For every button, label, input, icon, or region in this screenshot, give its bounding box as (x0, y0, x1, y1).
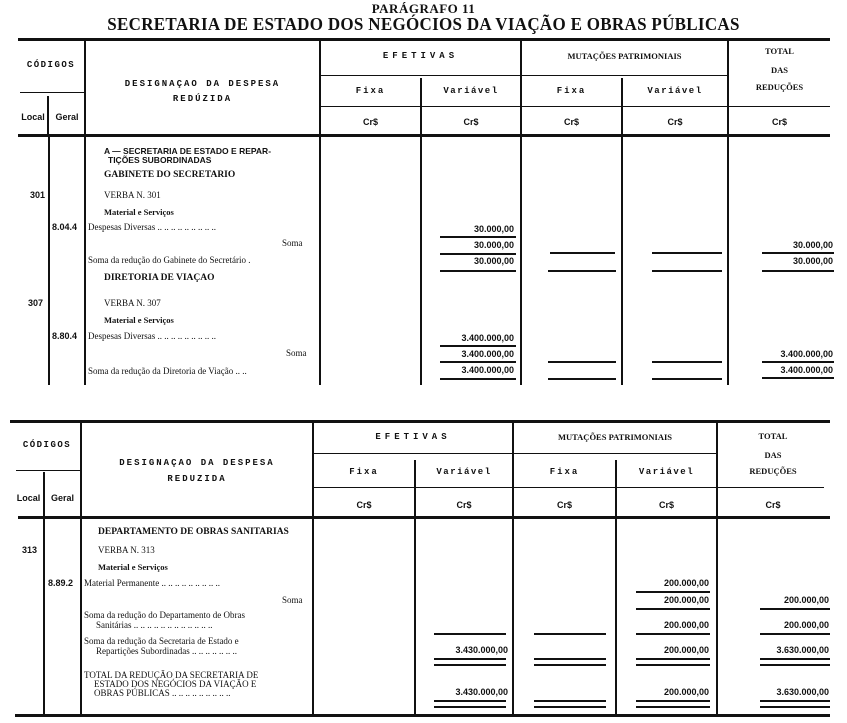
col-rule (43, 519, 45, 714)
sum-rule (760, 608, 830, 610)
soma-secretaria-l2: Repartições Subordinadas .. .. .. .. .. … (96, 646, 237, 656)
value-cell: 200.000,00 (617, 645, 709, 655)
local-header: Local (14, 493, 43, 503)
material-servicos-label: Material e Serviços (104, 207, 174, 217)
sum-rule (440, 253, 516, 255)
sum-rule (434, 664, 506, 666)
header-rule (314, 453, 716, 454)
soma-label: Soma (282, 595, 303, 605)
expense-line: Material Permanente .. .. .. .. .. .. ..… (84, 578, 220, 588)
sum-rule (534, 706, 606, 708)
total-header-l3: REDUÇÕES (718, 466, 828, 476)
mutacoes-fixa-header: Fixa (522, 86, 621, 96)
value-cell: 200.000,00 (617, 620, 709, 630)
header-rule (321, 75, 727, 76)
expense-line: Despesas Diversas .. .. .. .. .. .. .. .… (88, 222, 216, 232)
departamento-title: DEPARTAMENTO DE OBRAS SANITARIAS (98, 527, 289, 537)
sum-rule (434, 706, 506, 708)
material-servicos-label: Material e Serviços (98, 562, 168, 572)
soma-diretoria-label: Soma da redução da Diretoria de Viação .… (88, 366, 247, 376)
sum-rule (652, 252, 722, 254)
section-a-title-l2: TIÇÕES SUBORDINADAS (108, 155, 211, 165)
efetivas-header: EFETIVAS (314, 432, 512, 442)
sum-rule (762, 377, 834, 379)
header-bottom-rule (18, 516, 830, 519)
sum-rule (534, 664, 606, 666)
sum-rule (652, 361, 722, 363)
material-servicos-label: Material e Serviços (104, 315, 174, 325)
col-rule (48, 137, 50, 385)
efetivas-fixa-header: Fixa (314, 467, 414, 477)
soma-departamento-l1: Soma da redução do Departamento de Obras (84, 610, 245, 620)
geral-code: 8.80.4 (52, 331, 77, 341)
col-rule (312, 422, 314, 714)
efetivas-header: EFETIVAS (321, 51, 520, 61)
local-code: 313 (22, 545, 37, 555)
mutacoes-header: MUTAÇÕES PATRIMONIAIS (522, 51, 727, 61)
sum-rule (548, 378, 616, 380)
local-header: Local (18, 112, 48, 122)
soma-departamento-l2: Sanitárias .. .. .. .. .. .. .. .. .. ..… (96, 620, 213, 630)
soma-label: Soma (282, 238, 303, 248)
table-top-rule (18, 38, 830, 41)
sum-rule (760, 700, 830, 702)
sum-rule (440, 345, 516, 347)
total-header-l1: TOTAL (718, 431, 828, 441)
sum-rule (762, 270, 834, 272)
sum-rule (636, 664, 710, 666)
sum-rule (548, 361, 616, 363)
header-rule (20, 92, 84, 93)
soma-gabinete-label: Soma da redução do Gabinete do Secretári… (88, 255, 250, 265)
value-cell: 200.000,00 (617, 578, 709, 588)
geral-header: Geral (50, 112, 84, 122)
expense-line: Despesas Diversas .. .. .. .. .. .. .. .… (88, 331, 216, 341)
currency-label: Cr$ (623, 117, 727, 127)
page-title: SECRETARIA DE ESTADO DOS NEGÓCIOS DA VIA… (0, 15, 847, 36)
sum-rule (440, 236, 516, 238)
efetivas-variavel-header: Variável (416, 467, 512, 477)
col-rule (512, 422, 514, 714)
soma-secretaria-l1: Soma da redução da Secretaria de Estado … (84, 636, 239, 646)
local-code: 301 (30, 190, 45, 200)
header-bottom-rule (18, 134, 830, 137)
value-cell: 3.400.000,00 (729, 349, 833, 359)
sum-rule (440, 270, 516, 272)
sum-rule (434, 700, 506, 702)
sum-rule (760, 664, 830, 666)
currency-label: Cr$ (314, 500, 414, 510)
sum-rule (636, 633, 710, 635)
value-cell: 30.000,00 (729, 240, 833, 250)
designacao-header-l1: DESIGNAÇAO DA DESPESA (86, 79, 319, 89)
value-cell: 200.000,00 (617, 595, 709, 605)
value-cell: 30.000,00 (729, 256, 833, 266)
soma-label: Soma (286, 348, 307, 358)
currency-label: Cr$ (422, 117, 520, 127)
sum-rule (652, 270, 722, 272)
value-cell: 30.000,00 (422, 256, 514, 266)
sum-rule (636, 591, 710, 593)
verba-label: VERBA N. 301 (104, 190, 161, 200)
mutacoes-variavel-header: Variável (617, 467, 716, 477)
currency-label: Cr$ (718, 500, 828, 510)
value-cell: 30.000,00 (422, 240, 514, 250)
sum-rule (548, 270, 616, 272)
geral-code: 8.89.2 (48, 578, 73, 588)
sum-rule (434, 633, 506, 635)
total-header-l3: REDUÇÕES (729, 82, 830, 92)
currency-label: Cr$ (514, 500, 615, 510)
header-rule (16, 470, 80, 471)
sum-rule (440, 378, 516, 380)
sum-rule (762, 361, 834, 363)
header-rule (321, 106, 830, 107)
designacao-header-l1: DESIGNAÇAO DA DESPESA (82, 458, 312, 468)
mutacoes-variavel-header: Variável (623, 86, 727, 96)
sum-rule (652, 378, 722, 380)
sum-rule (760, 658, 830, 660)
table-bottom-rule (15, 714, 830, 717)
col-rule (414, 460, 416, 714)
sum-rule (636, 658, 710, 660)
sum-rule (534, 633, 606, 635)
currency-label: Cr$ (416, 500, 512, 510)
value-cell: 200.000,00 (617, 687, 709, 697)
designacao-header-l2: REDUZIDA (82, 474, 312, 484)
sum-rule (636, 700, 710, 702)
mutacoes-header: MUTAÇÕES PATRIMONIAIS (514, 432, 716, 442)
value-cell: 200.000,00 (718, 595, 829, 605)
codigos-header: CÓDIGOS (14, 440, 80, 450)
sum-rule (760, 633, 830, 635)
verba-label: VERBA N. 307 (104, 298, 161, 308)
value-cell: 3.630.000,00 (718, 687, 829, 697)
currency-label: Cr$ (729, 117, 830, 127)
currency-label: Cr$ (522, 117, 621, 127)
sum-rule (534, 658, 606, 660)
total-label-l3: OBRAS PÚBLICAS .. .. .. .. .. .. .. .. .… (94, 688, 231, 698)
value-cell: 30.000,00 (422, 224, 514, 234)
sum-rule (762, 252, 834, 254)
value-cell: 3.630.000,00 (718, 645, 829, 655)
value-cell: 3.400.000,00 (422, 333, 514, 343)
sum-rule (760, 706, 830, 708)
value-cell: 3.400.000,00 (422, 349, 514, 359)
value-cell: 3.400.000,00 (729, 365, 833, 375)
sum-rule (534, 700, 606, 702)
currency-label: Cr$ (617, 500, 716, 510)
mutacoes-fixa-header: Fixa (514, 467, 615, 477)
value-cell: 200.000,00 (718, 620, 829, 630)
geral-code: 8.04.4 (52, 222, 77, 232)
efetivas-variavel-header: Variável (422, 86, 520, 96)
verba-label: VERBA N. 313 (98, 545, 155, 555)
sum-rule (440, 361, 516, 363)
currency-label: Cr$ (321, 117, 420, 127)
value-cell: 3.430.000,00 (416, 687, 508, 697)
sum-rule (550, 252, 615, 254)
col-rule (84, 40, 86, 385)
total-header-l2: DAS (718, 450, 828, 460)
sum-rule (434, 658, 506, 660)
value-cell: 3.430.000,00 (416, 645, 508, 655)
diretoria-title: DIRETORIA DE VIAÇAO (104, 273, 215, 283)
codigos-header: CÓDIGOS (18, 60, 84, 70)
sum-rule (636, 608, 710, 610)
gabinete-title: GABINETE DO SECRETARIO (104, 170, 235, 180)
designacao-header-l2: REDÚZIDA (86, 94, 319, 104)
total-header-l1: TOTAL (729, 46, 830, 56)
value-cell: 3.400.000,00 (422, 365, 514, 375)
efetivas-fixa-header: Fixa (321, 86, 420, 96)
table-top-rule (10, 420, 830, 423)
geral-header: Geral (45, 493, 80, 503)
total-header-l2: DAS (729, 65, 830, 75)
local-code: 307 (28, 298, 43, 308)
header-rule (314, 487, 824, 488)
sum-rule (636, 706, 710, 708)
